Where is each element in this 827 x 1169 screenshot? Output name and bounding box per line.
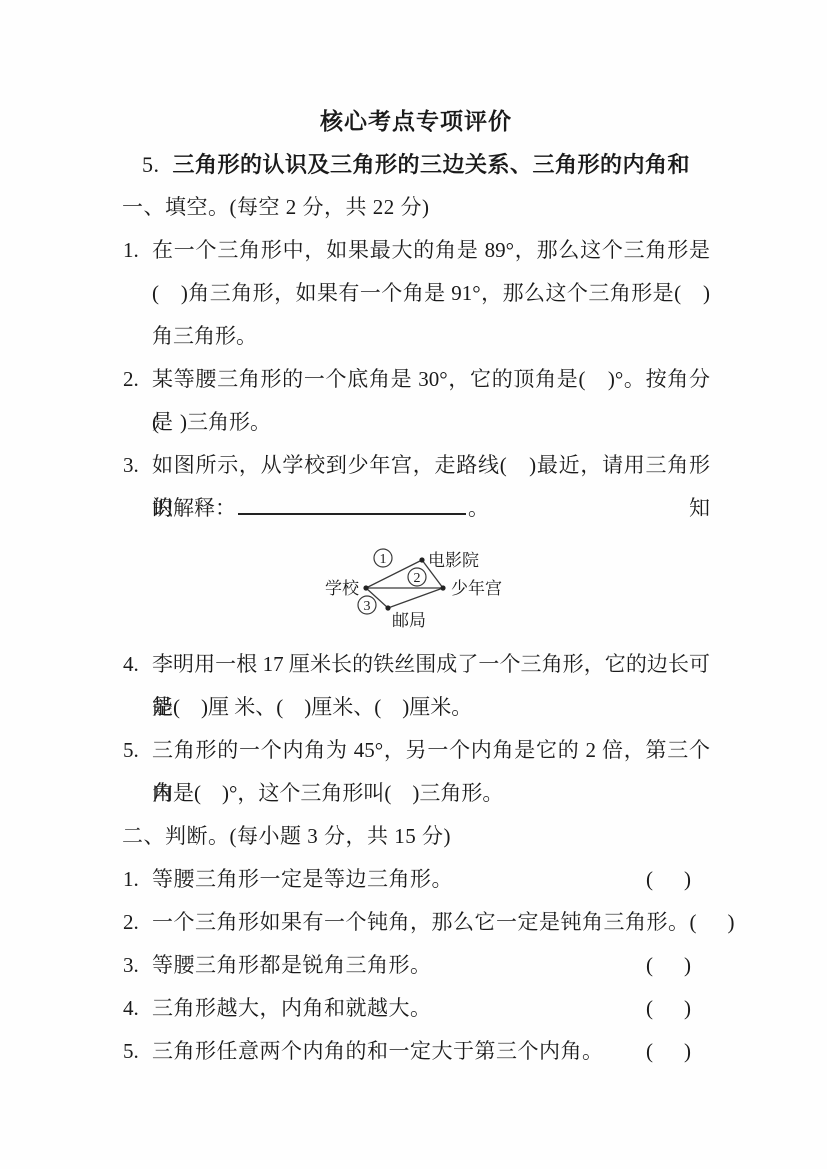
judge-item-1: 1. 等腰三角形一定是等边三角形。 ( ): [122, 858, 710, 901]
judge-statement: 三角形任意两个内角的和一定大于第三个内角。: [152, 1030, 604, 1073]
worksheet-page: 核心考点专项评价 5.三角形的认识及三角形的三边关系、三角形的内角和 一、填空。…: [0, 0, 827, 1169]
route-postoffice-youthpalace-line: [388, 588, 443, 608]
fill-question-5: 5. 三角形的一个内角为 45°，另一个内角是它的 2 倍，第三个内 角是( )…: [122, 729, 710, 815]
question-line-suffix: 。: [468, 496, 489, 520]
page-subtitle: 5.三角形的认识及三角形的三边关系、三角形的内角和: [122, 143, 710, 186]
subtitle-number: 5.: [142, 152, 160, 177]
judge-statement: 等腰三角形都是锐角三角形。: [152, 944, 432, 987]
routes-diagram-wrap: 1 2 3 学校 电影院 少年宫 邮局: [122, 530, 710, 643]
routes-diagram: 1 2 3 学校 电影院 少年宫 邮局: [305, 530, 520, 638]
cinema-dot: [419, 557, 424, 562]
question-line: 是( )厘 米、( )厘米、( )厘米。: [152, 686, 710, 729]
question-number: 4.: [123, 643, 139, 686]
fill-question-3: 3. 如图所示，从学校到少年宫，走路线( )最近，请用三角形的知 识解释：。: [122, 444, 710, 530]
question-line: 在一个三角形中，如果最大的角是 89°，那么这个三角形是: [152, 229, 710, 272]
fill-question-1: 1. 在一个三角形中，如果最大的角是 89°，那么这个三角形是 ( )角三角形，…: [122, 229, 710, 358]
question-line: 某等腰三角形的一个底角是 30°，它的顶角是( )°。按角分是: [152, 358, 710, 401]
route-badges: 1 2 3: [358, 549, 426, 614]
question-number: 2.: [123, 358, 139, 401]
judge-item-2: 2. 一个三角形如果有一个钝角，那么它一定是钝角三角形。 ( ): [122, 901, 710, 944]
question-line-prefix: 识解释：: [152, 496, 236, 520]
subtitle-text: 三角形的认识及三角形的三边关系、三角形的内角和: [172, 152, 690, 177]
question-line: 如图所示，从学校到少年宫，走路线( )最近，请用三角形的知: [152, 444, 710, 487]
question-line: ( )角三角形，如果有一个角是 91°，那么这个三角形是( ): [152, 272, 710, 315]
question-number: 3.: [123, 444, 139, 487]
judge-statement: 等腰三角形一定是等边三角形。: [152, 858, 453, 901]
page-title: 核心考点专项评价: [122, 100, 710, 143]
judge-answer-parens: ( ): [646, 858, 696, 901]
question-number: 5.: [123, 1030, 139, 1073]
judge-answer-parens: ( ): [690, 901, 740, 944]
cinema-label: 电影院: [428, 551, 479, 570]
fill-question-2: 2. 某等腰三角形的一个底角是 30°，它的顶角是( )°。按角分是 ( )三角…: [122, 358, 710, 444]
school-dot: [363, 585, 368, 590]
fill-question-4: 4. 李明用一根 17 厘米长的铁丝围成了一个三角形，它的边长可能 是( )厘 …: [122, 643, 710, 729]
judge-answer-parens: ( ): [646, 944, 696, 987]
judge-item-4: 4. 三角形越大，内角和就越大。 ( ): [122, 987, 710, 1030]
judge-answer-parens: ( ): [646, 1030, 696, 1073]
question-number: 1.: [123, 858, 139, 901]
post-office-label: 邮局: [392, 611, 426, 630]
question-number: 2.: [123, 901, 139, 944]
location-labels: 学校 电影院 少年宫 邮局: [325, 551, 502, 630]
worksheet-content: 核心考点专项评价 5.三角形的认识及三角形的三边关系、三角形的内角和 一、填空。…: [122, 100, 710, 1073]
judge-section-heading: 二、判断。(每小题 3 分，共 15 分): [122, 815, 710, 858]
post-office-dot: [385, 605, 390, 610]
judge-item-5: 5. 三角形任意两个内角的和一定大于第三个内角。 ( ): [122, 1030, 710, 1073]
question-number: 5.: [123, 729, 139, 772]
question-number: 1.: [123, 229, 139, 272]
judge-answer-parens: ( ): [646, 987, 696, 1030]
question-line: 角三角形。: [152, 315, 710, 358]
route-3-number: 3: [364, 599, 371, 614]
route-1-number: 1: [380, 552, 387, 567]
school-label: 学校: [325, 579, 360, 598]
fill-section-heading: 一、填空。(每空 2 分，共 22 分): [122, 186, 710, 229]
route-2-number: 2: [414, 571, 421, 586]
youth-palace-dot: [440, 585, 445, 590]
question-line: ( )三角形。: [152, 401, 710, 444]
judge-item-3: 3. 等腰三角形都是锐角三角形。 ( ): [122, 944, 710, 987]
answer-blank-line: [238, 512, 466, 515]
youth-palace-label: 少年宫: [451, 578, 502, 598]
question-line: 李明用一根 17 厘米长的铁丝围成了一个三角形，它的边长可能: [152, 643, 710, 686]
question-number: 4.: [123, 987, 139, 1030]
question-number: 3.: [123, 944, 139, 987]
judge-statement: 一个三角形如果有一个钝角，那么它一定是钝角三角形。: [152, 901, 690, 944]
judge-statement: 三角形越大，内角和就越大。: [152, 987, 432, 1030]
question-line: 三角形的一个内角为 45°，另一个内角是它的 2 倍，第三个内: [152, 729, 710, 772]
question-line: 角是( )°，这个三角形叫( )三角形。: [152, 772, 710, 815]
